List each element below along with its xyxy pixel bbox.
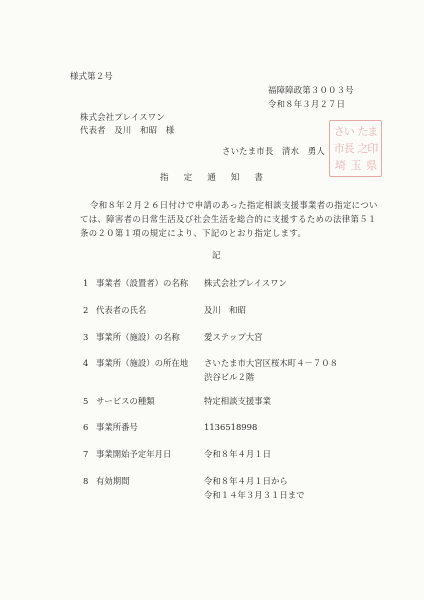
item-number: 4 (83, 358, 88, 368)
item-value: 特定相談支援事業 (204, 396, 271, 406)
ki-heading: 記 (212, 250, 221, 260)
addressee-representative: 代表者 及川 和昭 様 (80, 125, 174, 135)
item-value-line2: 渋谷ビル２階 (204, 372, 254, 382)
item-number: 2 (83, 305, 88, 315)
seal-char: 県 (366, 160, 376, 171)
body-paragraph: 令和８年２月２６日付けで申請のあった指定相談支援事業者の指定については、障害者の… (80, 198, 385, 240)
item-label: 有効期間 (96, 476, 130, 486)
item-number: 7 (83, 449, 88, 459)
item-number: 3 (83, 332, 88, 342)
item-number: 6 (83, 422, 88, 432)
seal-row: 市長 之印 (332, 140, 379, 157)
item-label: サービスの種類 (96, 396, 155, 406)
item-number: 8 (83, 476, 88, 486)
document-date: 令和８年３月２７日 (268, 99, 345, 109)
item-label: 事業所（施設）の名称 (96, 332, 180, 342)
item-value: 株式会社プレイスワン (204, 278, 287, 288)
item-number: 1 (83, 278, 88, 288)
item-value: 愛ステップ大宮 (204, 332, 262, 342)
seal-char: たま (357, 126, 377, 137)
seal-char: 之印 (357, 143, 377, 154)
document-number: 福障障政第３００３号 (268, 85, 354, 95)
item-value-line2: 令和１４年３月３１日まで (204, 490, 305, 500)
seal-char: 埼 (335, 160, 345, 171)
seal-row: 埼 玉 県 (332, 157, 379, 174)
addressee-company: 株式会社プレイスワン (80, 112, 165, 122)
document-title: 指定通知書 (160, 173, 278, 183)
item-label: 事業所（施設）の所在地 (96, 358, 188, 368)
seal-char: 市長 (334, 143, 354, 154)
item-label: 代表者の氏名 (96, 305, 146, 315)
item-value: 令和８年４月１日から (204, 476, 288, 486)
seal-char: さい (334, 126, 354, 137)
item-value: 及川 和昭 (204, 305, 246, 315)
official-seal-icon: さい たま 市長 之印 埼 玉 県 (329, 120, 382, 177)
seal-row: さい たま (332, 123, 379, 140)
item-label: 事業所番号 (96, 422, 138, 432)
item-number: 5 (83, 396, 88, 406)
item-value: 1136518998 (204, 422, 257, 432)
item-value: 令和８年４月１日 (204, 449, 271, 459)
item-label: 事業者（設置者）の名称 (96, 278, 188, 288)
item-label: 事業開始予定年月日 (96, 449, 171, 459)
sender-name: さいたま市長 清水 勇人 (222, 146, 325, 156)
item-value: さいたま市大宮区桜木町４－７０８ (204, 358, 338, 368)
form-number: 様式第２号 (70, 71, 113, 81)
seal-char: 玉 (350, 160, 360, 171)
